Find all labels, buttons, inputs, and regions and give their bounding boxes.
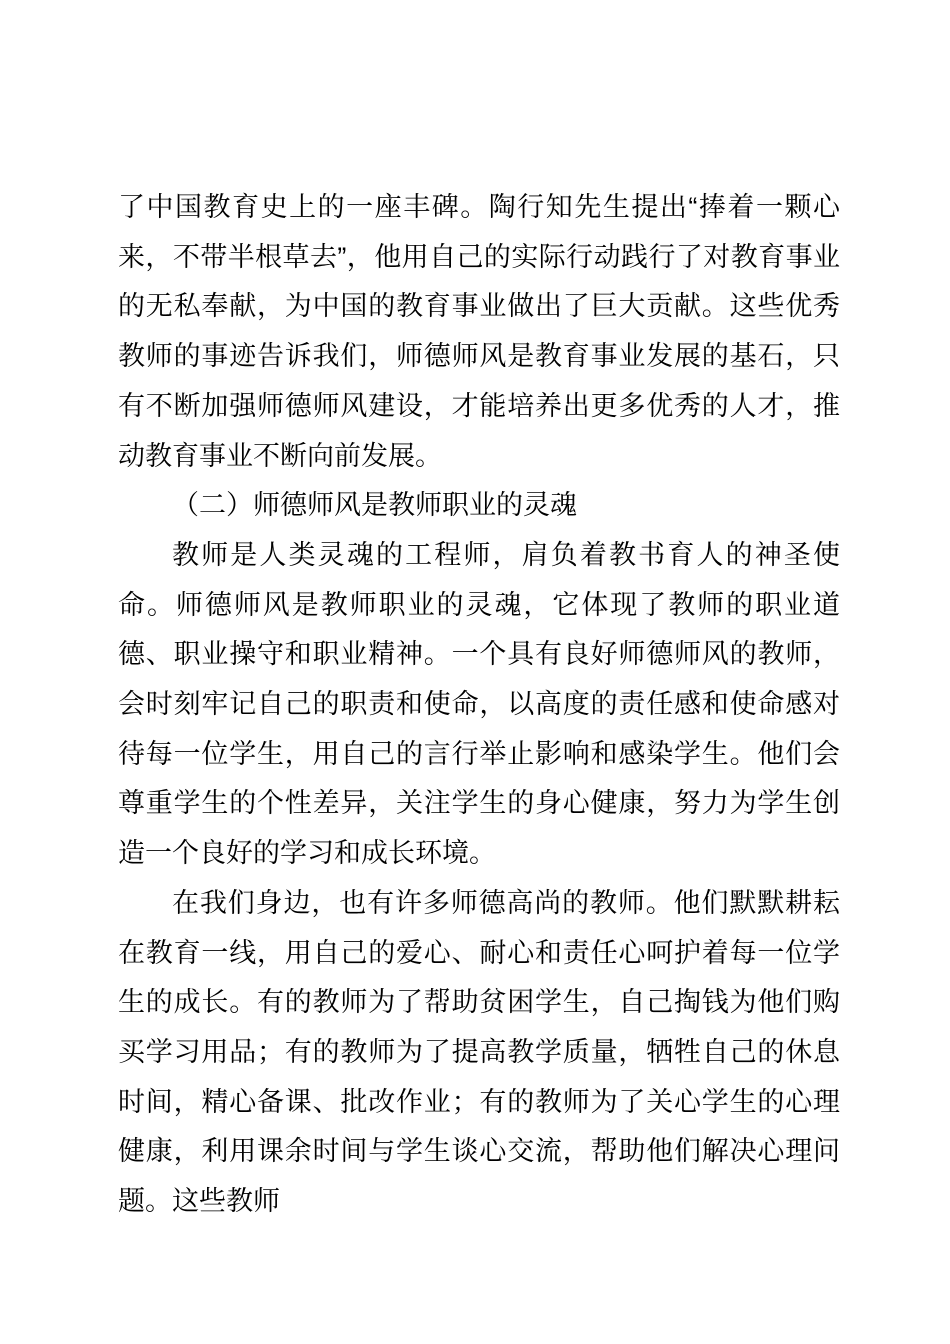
paragraph-teachers-around-us: 在我们身边，也有许多师德高尚的教师。他们默默耕耘在教育一线，用自己的爱心、耐心和…: [118, 879, 840, 1227]
document-page: 了中国教育史上的一座丰碑。陶行知先生提出“捧着一颗心来，不带半根草去”，他用自己…: [0, 0, 950, 1344]
paragraph-teacher-soul: 教师是人类灵魂的工程师，肩负着教书育人的神圣使命。师德师风是教师职业的灵魂，它体…: [118, 531, 840, 879]
paragraph-continuation: 了中国教育史上的一座丰碑。陶行知先生提出“捧着一颗心来，不带半根草去”，他用自己…: [118, 183, 840, 481]
section-heading: （二）师德师风是教师职业的灵魂: [118, 481, 840, 531]
document-body: 了中国教育史上的一座丰碑。陶行知先生提出“捧着一颗心来，不带半根草去”，他用自己…: [118, 183, 840, 1227]
